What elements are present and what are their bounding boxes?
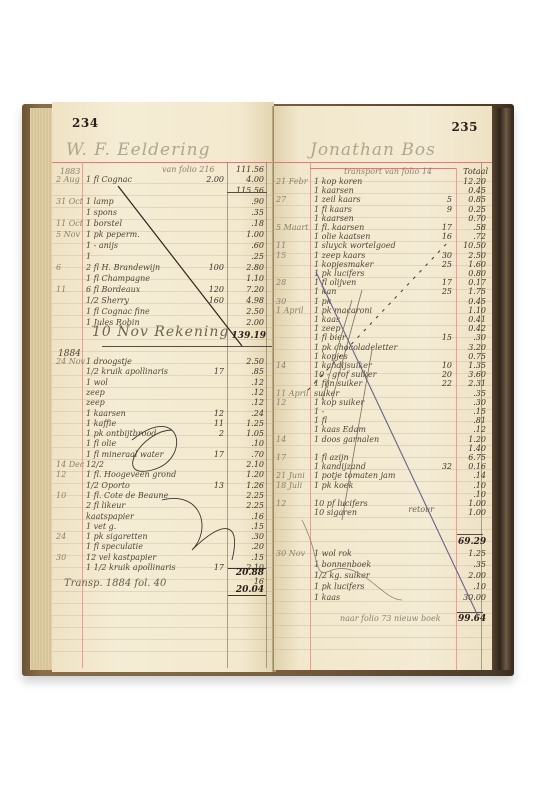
header-rule (52, 162, 274, 163)
entry-date: 27 (276, 194, 286, 206)
entry-unit-price: 17 (202, 449, 224, 461)
entry-unit-price: 15 (430, 332, 452, 344)
entry-date: 5 Nov (56, 229, 80, 241)
entry-unit-price: 100 (202, 262, 224, 274)
entry-date: 30 (56, 552, 66, 564)
transfer-note: Transp. 1884 fol. 40 (64, 578, 166, 589)
date-column-rule (82, 162, 83, 668)
entry-unit-price: 2 (202, 428, 224, 440)
entry-description: 10 sigaren (314, 507, 357, 519)
open-ledger-book: 234 W. F. Eeldering 1883 van folio 216 1… (22, 100, 514, 678)
footer-note: naar folio 73 nieuw boek (340, 613, 441, 625)
entry-description: 1 1/2 kruik apollinaris (86, 562, 176, 574)
strike-note: retour (394, 504, 434, 516)
entry-unit-price: 32 (430, 461, 452, 473)
entry-date: 30 Nov (276, 548, 305, 560)
entry-unit-price: 25 (430, 286, 452, 298)
entry-date: 12 (276, 498, 286, 510)
account-name: Jonathan Bos (310, 140, 436, 160)
entry-date: 14 (276, 434, 286, 446)
left-page: 234 W. F. Eeldering 1883 van folio 216 1… (52, 102, 274, 672)
header-rule (274, 162, 492, 163)
entry-date: 10 (56, 490, 66, 502)
account-name: W. F. Eeldering (66, 140, 211, 160)
entry-date: 12 (276, 397, 286, 409)
entry-unit-price: 17 (202, 562, 224, 574)
page-number: 234 (72, 116, 99, 130)
entry-unit-price: 22 (430, 378, 452, 390)
entry-unit-price: 17 (202, 366, 224, 378)
date-column-rule (310, 162, 311, 670)
right-page: 235 Jonathan Bos transport van folio 14 … (274, 106, 492, 670)
entry-unit-price: 13 (202, 480, 224, 492)
entry-date: 15 (276, 250, 286, 262)
entry-date: 31 Oct (56, 196, 83, 208)
entry-date: 14 (276, 360, 286, 372)
entry-date: 11 (56, 284, 66, 296)
entry-date: 6 (56, 262, 61, 274)
entry-amount: 30.00 (458, 592, 486, 604)
entry-description: 1 kaas (314, 592, 340, 604)
total-final: 20.04 (230, 584, 264, 596)
entry-description: 1 pk koek (314, 480, 353, 492)
book-back-edge (492, 108, 512, 670)
entry-unit-price: 2.00 (202, 174, 224, 186)
entry-amount: 1.00 (458, 507, 486, 519)
entry-date: 17 (276, 452, 286, 464)
amount-column-rule-right (266, 162, 267, 668)
total-amount: 99.64 (458, 613, 486, 625)
year-marker: 1884 (58, 348, 81, 360)
entry-unit-price: 25 (430, 259, 452, 271)
entry-amount: 2.00 (230, 317, 264, 329)
subtotal-amount: 69.29 (458, 536, 486, 548)
entry-date: 24 (56, 531, 66, 543)
entry-date: 28 (276, 277, 286, 289)
balance-rule (102, 346, 274, 347)
entry-date: 18 Juli (276, 480, 302, 492)
entry-description: 1 fl Cognac (86, 174, 132, 186)
entry-date: 21 Febr (276, 176, 308, 188)
entry-description: 1 doos garnalen (314, 434, 379, 446)
subtotal-rule (227, 192, 267, 193)
entry-unit-price: 160 (202, 295, 224, 307)
entry-date: 12 (56, 469, 66, 481)
entry-unit-price: 16 (430, 231, 452, 243)
entry-unit-price: 9 (430, 204, 452, 216)
balance-amount: 139.19 (230, 330, 266, 342)
page-number: 235 (451, 120, 478, 134)
entry-date: 2 Aug (56, 174, 80, 186)
subtotal-rule (457, 534, 483, 535)
amount-column-rule (456, 168, 457, 670)
entry-date: 5 Maart (276, 222, 308, 234)
balance-note: 10 Nov Rekening (92, 324, 229, 340)
entry-date: 1 April (276, 305, 303, 317)
